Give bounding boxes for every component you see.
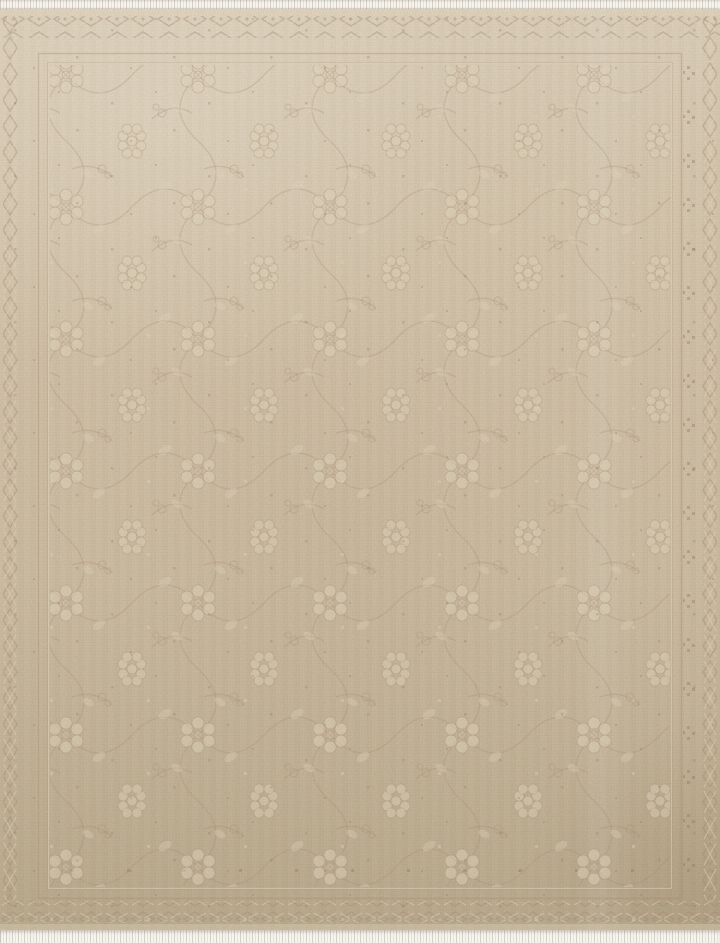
bottom-fringe [0, 930, 720, 943]
rug [0, 9, 720, 931]
rug-texture-overlay [0, 9, 720, 931]
rug-product-photo [0, 0, 720, 943]
pile-grain-light [0, 9, 720, 931]
